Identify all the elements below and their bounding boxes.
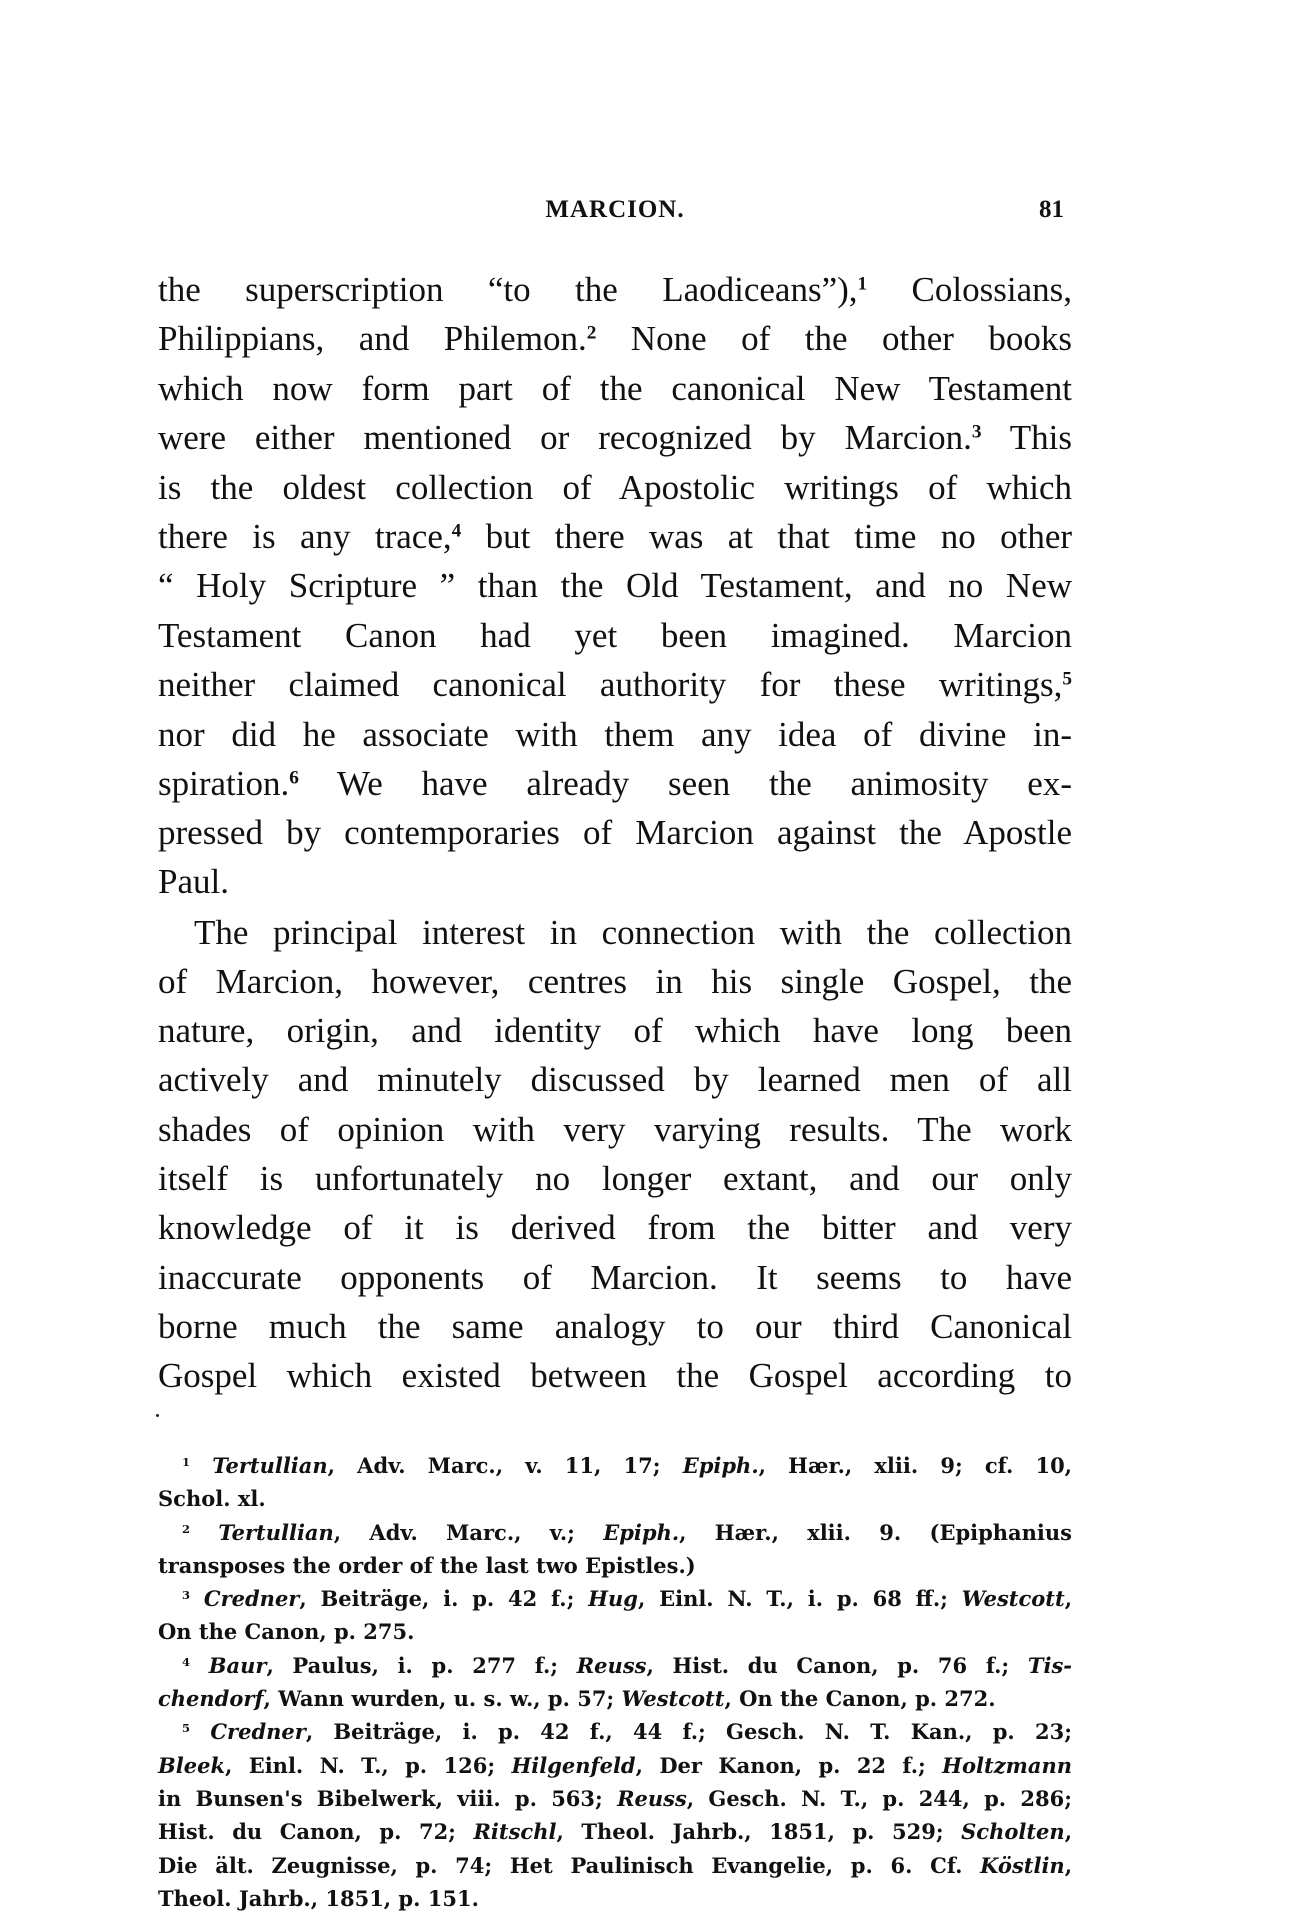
body-line: knowledge of it is derived from the bitt…: [158, 1208, 1072, 1248]
footnote-line: Hist. du Canon, p. 72; Ritschl, Theol. J…: [158, 1818, 1072, 1846]
citation-author: Bleek: [158, 1753, 225, 1778]
citation-author: Tis-: [1028, 1653, 1072, 1678]
footnote-ref[interactable]: 2: [587, 322, 597, 343]
footnote-line: On the Canon, p. 275.: [158, 1618, 1072, 1646]
body-line: were either mentioned or recognized by M…: [158, 418, 1072, 458]
citation-author: Holtzmann: [942, 1753, 1072, 1778]
print-speck: [156, 1414, 159, 1417]
citation-author: Epiph.: [683, 1453, 759, 1478]
citation-author: chendorf: [158, 1686, 263, 1711]
page-number: 81: [1039, 196, 1064, 224]
book-page: MARCION. 81 the superscription “to the L…: [0, 0, 1292, 1925]
citation-text: , Gesch. N. T., p. 244, p. 286;: [687, 1786, 1072, 1811]
citation-author: Westcott: [962, 1586, 1065, 1611]
footnote-line: chendorf, Wann wurden, u. s. w., p. 57; …: [158, 1685, 1072, 1713]
citation-text: ,: [1065, 1586, 1072, 1611]
citation-text: , Theol. Jahrb., 1851, p. 529;: [556, 1819, 961, 1844]
footnote-line: in Bunsen's Bibelwerk, viii. p. 563; Reu…: [158, 1785, 1072, 1813]
citation-text: Schol. xl.: [158, 1486, 266, 1511]
footnote-1: 1 Tertullian, Adv. Marc., v. 11, 17; Epi…: [182, 1452, 1072, 1480]
body-line: nature, origin, and identity of which ha…: [158, 1011, 1072, 1051]
footnote-line: Bleek, Einl. N. T., p. 126; Hilgenfeld, …: [158, 1752, 1072, 1780]
body-line: actively and minutely discussed by learn…: [158, 1060, 1072, 1100]
citation-text: , Hær., xlii. 9. (Epiphanius: [679, 1520, 1072, 1545]
citation-text: , Beiträge, i. p. 42 f., 44 f.; Gesch. N…: [306, 1719, 1072, 1744]
citation-text: , Beiträge, i. p. 42 f.;: [299, 1586, 588, 1611]
citation-text: , Einl. N. T., p. 126;: [225, 1753, 511, 1778]
body-line: inaccurate opponents of Marcion. It seem…: [158, 1258, 1072, 1298]
body-line: “ Holy Scripture ” than the Old Testamen…: [158, 566, 1072, 606]
footnote-number: 4: [182, 1655, 190, 1669]
body-line: is the oldest collection of Apostolic wr…: [158, 468, 1072, 508]
citation-text: , On the Canon, p. 272.: [724, 1686, 995, 1711]
body-line: The principal interest in connection wit…: [194, 913, 1072, 953]
citation-author: Epiph.: [603, 1520, 679, 1545]
footnote-line: Schol. xl.: [158, 1485, 1072, 1513]
body-line: neither claimed canonical authority for …: [158, 665, 1072, 705]
footnote-ref[interactable]: 4: [452, 520, 462, 541]
citation-author: Ritschl: [473, 1819, 556, 1844]
citation-author: Credner: [210, 1719, 306, 1744]
citation-text: ,: [1065, 1853, 1072, 1878]
citation-author: Hug: [588, 1586, 638, 1611]
citation-author: Scholten: [961, 1819, 1065, 1844]
citation-text: Die ält. Zeugnisse, p. 74; Het Paulinisc…: [158, 1853, 980, 1878]
citation-text: transposes the order of the last two Epi…: [158, 1553, 696, 1578]
citation-text: ,: [1065, 1819, 1072, 1844]
footnote-number: 3: [182, 1588, 190, 1602]
citation-text: , Einl. N. T., i. p. 68 ff.;: [638, 1586, 962, 1611]
citation-author: Tertullian: [212, 1453, 327, 1478]
footnote-ref[interactable]: 6: [289, 767, 299, 788]
citation-author: Credner: [204, 1586, 300, 1611]
citation-text: , Der Kanon, p. 22 f.;: [636, 1753, 943, 1778]
footnote-4: 4 Baur, Paulus, i. p. 277 f.; Reuss, His…: [182, 1652, 1072, 1680]
body-line: pressed by contemporaries of Marcion aga…: [158, 813, 1072, 853]
body-line: which now form part of the canonical New…: [158, 369, 1072, 409]
body-line: borne much the same analogy to our third…: [158, 1307, 1072, 1347]
footnote-number: 2: [182, 1522, 190, 1536]
body-line: the superscription “to the Laodiceans”),…: [158, 270, 1072, 310]
citation-author: Köstlin: [980, 1853, 1065, 1878]
citation-text: On the Canon, p. 275.: [158, 1619, 414, 1644]
body-line: there is any trace,4 but there was at th…: [158, 517, 1072, 557]
body-line: shades of opinion with very varying resu…: [158, 1110, 1072, 1150]
citation-text: , Paulus, i. p. 277 f.;: [266, 1653, 576, 1678]
citation-text: in Bunsen's Bibelwerk, viii. p. 563;: [158, 1786, 617, 1811]
body-line: Paul.: [158, 862, 1072, 902]
citation-author: Westcott: [622, 1686, 725, 1711]
citation-author: Reuss: [577, 1653, 647, 1678]
body-line: Philippians, and Philemon.2 None of the …: [158, 319, 1072, 359]
citation-text: , Adv. Marc., v.;: [334, 1520, 603, 1545]
body-line: nor did he associate with them any idea …: [158, 715, 1072, 755]
body-line: Testament Canon had yet been imagined. M…: [158, 616, 1072, 656]
citation-text: , Hist. du Canon, p. 76 f.;: [646, 1653, 1027, 1678]
footnote-line: Die ält. Zeugnisse, p. 74; Het Paulinisc…: [158, 1852, 1072, 1880]
footnote-5: 5 Credner, Beiträge, i. p. 42 f., 44 f.;…: [182, 1718, 1072, 1746]
footnote-ref[interactable]: 5: [1062, 668, 1072, 689]
citation-author: Baur: [209, 1653, 267, 1678]
body-line: itself is unfortunately no longer extant…: [158, 1159, 1072, 1199]
citation-text: Theol. Jahrb., 1851, p. 151.: [158, 1886, 479, 1911]
footnote-3: 3 Credner, Beiträge, i. p. 42 f.; Hug, E…: [182, 1585, 1072, 1613]
footnote-line: transposes the order of the last two Epi…: [158, 1552, 1072, 1580]
citation-text: , Wann wurden, u. s. w., p. 57;: [263, 1686, 621, 1711]
body-line: of Marcion, however, centres in his sing…: [158, 962, 1072, 1002]
footnote-2: 2 Tertullian, Adv. Marc., v.; Epiph., Hæ…: [182, 1519, 1072, 1547]
citation-author: Reuss: [617, 1786, 687, 1811]
body-line: Gospel which existed between the Gospel …: [158, 1356, 1072, 1396]
citation-text: Hist. du Canon, p. 72;: [158, 1819, 473, 1844]
citation-text: , Adv. Marc., v. 11, 17;: [328, 1453, 683, 1478]
footnote-ref[interactable]: 1: [858, 273, 868, 294]
running-title: MARCION.: [158, 196, 1072, 224]
running-head: MARCION. 81: [158, 196, 1072, 226]
footnote-number: 5: [182, 1721, 190, 1735]
footnote-number: 1: [182, 1455, 190, 1469]
citation-text: , Hær., xlii. 9; cf. 10,: [759, 1453, 1072, 1478]
body-line: spiration.6 We have already seen the ani…: [158, 764, 1072, 804]
footnote-line: Theol. Jahrb., 1851, p. 151.: [158, 1885, 1072, 1913]
citation-author: Tertullian: [218, 1520, 333, 1545]
citation-author: Hilgenfeld: [511, 1753, 635, 1778]
